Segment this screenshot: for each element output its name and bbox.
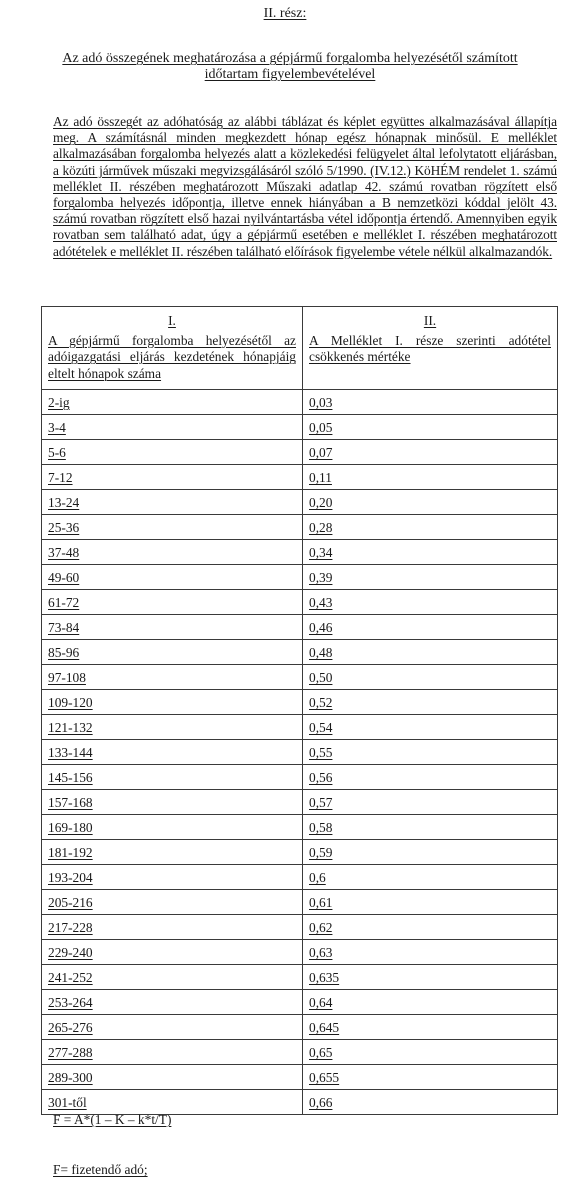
cell-reduction: 0,20 [303,490,558,515]
reduction-value: 0,56 [309,770,332,785]
table-row: 133-1440,55 [42,740,558,765]
table-row: 73-840,46 [42,615,558,640]
cell-reduction: 0,03 [303,390,558,415]
cell-reduction: 0,39 [303,565,558,590]
months-value: 157-168 [48,795,93,810]
table-body: 2-ig0,033-40,055-60,077-120,1113-240,202… [42,390,558,1115]
cell-months: 253-264 [42,990,303,1015]
cell-months: 13-24 [42,490,303,515]
cell-months: 241-252 [42,965,303,990]
column-number: I. [168,313,176,328]
reduction-value: 0,62 [309,920,332,935]
table-row: 253-2640,64 [42,990,558,1015]
months-value: 49-60 [48,570,79,585]
column-heading: A gépjármű forgalomba helyezésétől az ad… [48,333,296,381]
cell-reduction: 0,48 [303,640,558,665]
reduction-value: 0,11 [309,470,332,485]
months-value: 3-4 [48,420,66,435]
cell-reduction: 0,57 [303,790,558,815]
cell-months: 133-144 [42,740,303,765]
months-value: 25-36 [48,520,79,535]
cell-reduction: 0,64 [303,990,558,1015]
table-row: 145-1560,56 [42,765,558,790]
months-value: 181-192 [48,845,93,860]
reduction-value: 0,05 [309,420,332,435]
months-value: 133-144 [48,745,93,760]
months-value: 289-300 [48,1070,93,1085]
table-row: 61-720,43 [42,590,558,615]
months-value: 61-72 [48,595,79,610]
reduction-value: 0,57 [309,795,332,810]
reduction-value: 0,46 [309,620,332,635]
reduction-value: 0,635 [309,970,339,985]
cell-reduction: 0,54 [303,715,558,740]
cell-months: 5-6 [42,440,303,465]
cell-months: 109-120 [42,690,303,715]
cell-months: 3-4 [42,415,303,440]
reduction-value: 0,66 [309,1095,332,1110]
months-value: 37-48 [48,545,79,560]
cell-months: 229-240 [42,940,303,965]
cell-months: 277-288 [42,1040,303,1065]
table-row: 217-2280,62 [42,915,558,940]
formula: F = A*(1 – K – k*t/T) [53,1112,171,1128]
months-value: 2-ig [48,395,70,410]
reduction-value: 0,655 [309,1070,339,1085]
column-number: II. [424,313,436,328]
cell-months: 49-60 [42,565,303,590]
months-value: 217-228 [48,920,93,935]
reduction-value: 0,43 [309,595,332,610]
months-value: 97-108 [48,670,86,685]
months-value: 253-264 [48,995,93,1010]
reduction-value: 0,50 [309,670,332,685]
table-row: 13-240,20 [42,490,558,515]
table-row: 289-3000,655 [42,1065,558,1090]
months-value: 205-216 [48,895,93,910]
table-row: 97-1080,50 [42,665,558,690]
formula-legend-item: F= fizetendő adó; [53,1162,148,1178]
cell-months: 7-12 [42,465,303,490]
reduction-value: 0,6 [309,870,326,885]
cell-reduction: 0,65 [303,1040,558,1065]
intro-paragraph-text: Az adó összegét az adóhatóság az alábbi … [53,114,557,259]
reduction-value: 0,65 [309,1045,332,1060]
cell-reduction: 0,28 [303,515,558,540]
cell-reduction: 0,645 [303,1015,558,1040]
reduction-value: 0,55 [309,745,332,760]
reduction-value: 0,645 [309,1020,339,1035]
cell-reduction: 0,6 [303,865,558,890]
cell-reduction: 0,52 [303,690,558,715]
cell-months: 169-180 [42,815,303,840]
cell-months: 157-168 [42,790,303,815]
cell-reduction: 0,59 [303,840,558,865]
table-row: 121-1320,54 [42,715,558,740]
cell-reduction: 0,58 [303,815,558,840]
table-row: 109-1200,52 [42,690,558,715]
cell-months: 217-228 [42,915,303,940]
reduction-value: 0,28 [309,520,332,535]
table-row: 181-1920,59 [42,840,558,865]
cell-months: 121-132 [42,715,303,740]
months-value: 7-12 [48,470,73,485]
table-row: 49-600,39 [42,565,558,590]
table-row: 277-2880,65 [42,1040,558,1065]
table-row: 229-2400,63 [42,940,558,965]
table-row: 25-360,28 [42,515,558,540]
cell-months: 289-300 [42,1065,303,1090]
column-header-months: I. A gépjármű forgalomba helyezésétől az… [42,307,303,390]
column-header-reduction: II. A Melléklet I. része szerinti adótét… [303,307,558,390]
table-row: 7-120,11 [42,465,558,490]
cell-months: 37-48 [42,540,303,565]
cell-months: 73-84 [42,615,303,640]
section-title-text: Az adó összegének meghatározása a gépjár… [62,51,517,82]
formula-legend-text: F= fizetendő adó; [53,1162,148,1177]
table-row: 3-40,05 [42,415,558,440]
reduction-value: 0,48 [309,645,332,660]
rate-reduction-table: I. A gépjármű forgalomba helyezésétől az… [41,306,558,1115]
months-value: 13-24 [48,495,79,510]
months-value: 85-96 [48,645,79,660]
cell-reduction: 0,50 [303,665,558,690]
months-value: 193-204 [48,870,93,885]
table-row: 37-480,34 [42,540,558,565]
cell-reduction: 0,63 [303,940,558,965]
months-value: 169-180 [48,820,93,835]
column-heading: A Melléklet I. része szerinti adótétel c… [309,333,551,365]
cell-months: 145-156 [42,765,303,790]
part-title-text: II. rész: [264,6,307,21]
cell-reduction: 0,66 [303,1090,558,1115]
table-row: 205-2160,61 [42,890,558,915]
cell-reduction: 0,07 [303,440,558,465]
reduction-value: 0,20 [309,495,332,510]
months-value: 265-276 [48,1020,93,1035]
reduction-value: 0,58 [309,820,332,835]
reduction-value: 0,39 [309,570,332,585]
cell-reduction: 0,61 [303,890,558,915]
table-row: 157-1680,57 [42,790,558,815]
cell-reduction: 0,62 [303,915,558,940]
cell-reduction: 0,11 [303,465,558,490]
cell-months: 25-36 [42,515,303,540]
cell-months: 61-72 [42,590,303,615]
cell-reduction: 0,46 [303,615,558,640]
cell-months: 181-192 [42,840,303,865]
cell-reduction: 0,34 [303,540,558,565]
months-value: 301-től [48,1095,87,1110]
months-value: 73-84 [48,620,79,635]
reduction-value: 0,59 [309,845,332,860]
cell-months: 2-ig [42,390,303,415]
cell-reduction: 0,05 [303,415,558,440]
cell-months: 85-96 [42,640,303,665]
months-value: 277-288 [48,1045,93,1060]
months-value: 145-156 [48,770,93,785]
reduction-value: 0,03 [309,395,332,410]
table-row: 241-2520,635 [42,965,558,990]
table-row: 5-60,07 [42,440,558,465]
intro-paragraph: Az adó összegét az adóhatóság az alábbi … [53,114,557,260]
months-value: 109-120 [48,695,93,710]
table-row: 2-ig0,03 [42,390,558,415]
table-row: 85-960,48 [42,640,558,665]
months-value: 5-6 [48,445,66,460]
months-value: 241-252 [48,970,93,985]
cell-reduction: 0,55 [303,740,558,765]
cell-months: 205-216 [42,890,303,915]
formula-text: F = A*(1 – K – k*t/T) [53,1112,171,1127]
reduction-value: 0,63 [309,945,332,960]
cell-reduction: 0,655 [303,1065,558,1090]
part-title: II. rész: [0,6,570,22]
cell-reduction: 0,56 [303,765,558,790]
months-value: 229-240 [48,945,93,960]
cell-months: 97-108 [42,665,303,690]
section-title: Az adó összegének meghatározása a gépjár… [60,51,520,83]
months-value: 121-132 [48,720,93,735]
reduction-value: 0,34 [309,545,332,560]
cell-months: 265-276 [42,1015,303,1040]
table-row: 193-2040,6 [42,865,558,890]
reduction-value: 0,54 [309,720,332,735]
cell-reduction: 0,635 [303,965,558,990]
reduction-value: 0,07 [309,445,332,460]
cell-months: 193-204 [42,865,303,890]
reduction-value: 0,64 [309,995,332,1010]
reduction-value: 0,52 [309,695,332,710]
table-row: 301-től0,66 [42,1090,558,1115]
table-row: 169-1800,58 [42,815,558,840]
cell-months: 301-től [42,1090,303,1115]
cell-reduction: 0,43 [303,590,558,615]
table-row: 265-2760,645 [42,1015,558,1040]
reduction-value: 0,61 [309,895,332,910]
table-header-row: I. A gépjármű forgalomba helyezésétől az… [42,307,558,390]
